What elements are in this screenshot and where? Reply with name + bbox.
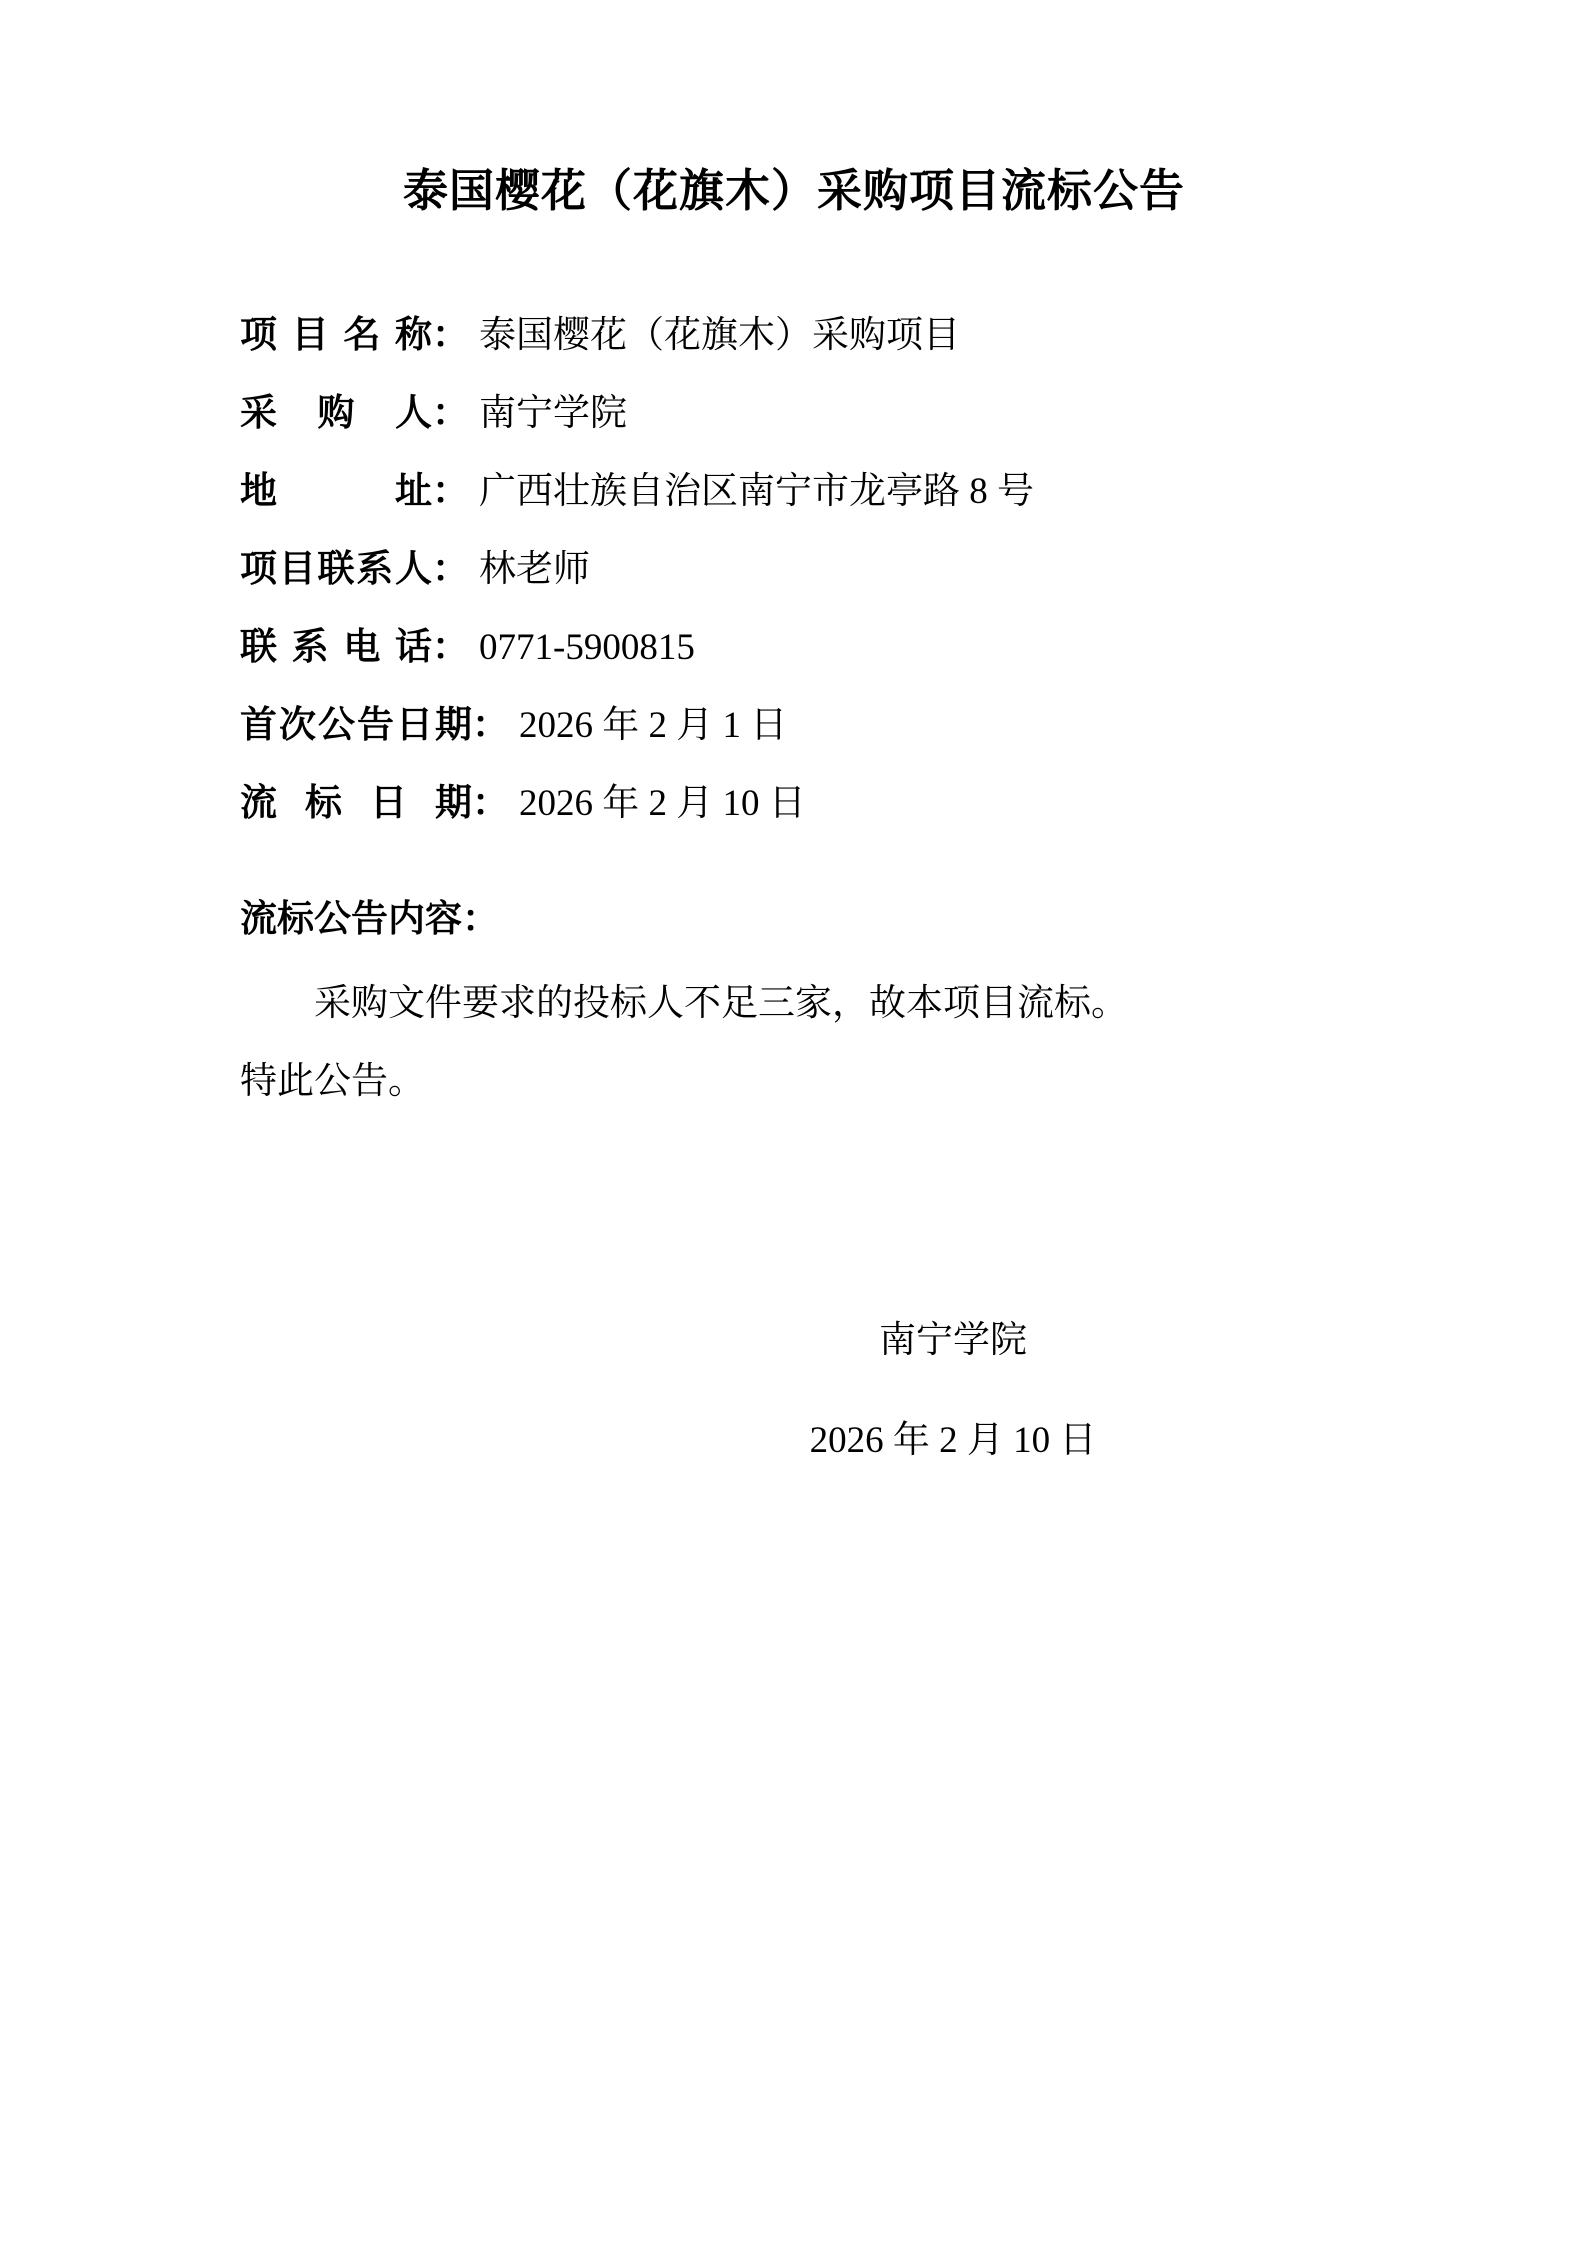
field-label: 项目联系人 bbox=[240, 531, 432, 609]
field-contact-phone: 联系电话：0771-5900815 bbox=[240, 609, 1348, 687]
colon-separator: ： bbox=[472, 705, 509, 746]
field-value: 2026 年 2 月 1 日 bbox=[519, 705, 787, 746]
field-label: 地址 bbox=[240, 453, 432, 531]
field-project-name: 项目名称：泰国樱花（花旗木）采购项目 bbox=[240, 297, 1348, 375]
section-heading-failure-content: 流标公告内容： bbox=[240, 881, 1348, 959]
signature-block: 南宁学院 2026 年 2 月 10 日 bbox=[753, 1302, 1153, 1480]
field-failure-date: 流标日期：2026 年 2 月 10 日 bbox=[240, 765, 1348, 843]
colon-separator: ： bbox=[432, 393, 469, 434]
colon-separator: ： bbox=[432, 471, 469, 512]
colon-separator: ： bbox=[432, 549, 469, 590]
field-label: 首次公告日期 bbox=[240, 687, 472, 765]
failure-reason-paragraph: 采购文件要求的投标人不足三家，故本项目流标。 bbox=[240, 965, 1348, 1043]
signature-date: 2026 年 2 月 10 日 bbox=[753, 1402, 1153, 1480]
field-label: 采购人 bbox=[240, 375, 432, 453]
colon-separator: ： bbox=[432, 627, 469, 668]
field-value: 2026 年 2 月 10 日 bbox=[519, 783, 806, 824]
field-purchaser: 采购人：南宁学院 bbox=[240, 375, 1348, 453]
field-value: 广西壮族自治区南宁市龙亭路 8 号 bbox=[479, 471, 1034, 512]
document-title: 泰国樱花（花旗木）采购项目流标公告 bbox=[240, 156, 1348, 226]
field-first-announcement-date: 首次公告日期：2026 年 2 月 1 日 bbox=[240, 687, 1348, 765]
field-address: 地址：广西壮族自治区南宁市龙亭路 8 号 bbox=[240, 453, 1348, 531]
field-label: 联系电话 bbox=[240, 609, 432, 687]
field-value: 0771-5900815 bbox=[479, 627, 695, 668]
closing-statement: 特此公告。 bbox=[240, 1043, 1348, 1121]
document-page: 泰国樱花（花旗木）采购项目流标公告 项目名称：泰国樱花（花旗木）采购项目 采购人… bbox=[0, 0, 1588, 2244]
colon-separator: ： bbox=[432, 315, 469, 356]
field-value: 泰国樱花（花旗木）采购项目 bbox=[479, 315, 960, 356]
signature-organization: 南宁学院 bbox=[753, 1302, 1153, 1380]
field-list: 项目名称：泰国樱花（花旗木）采购项目 采购人：南宁学院 地址：广西壮族自治区南宁… bbox=[240, 297, 1348, 843]
field-label: 项目名称 bbox=[240, 297, 432, 375]
field-label: 流标日期 bbox=[240, 765, 472, 843]
field-value: 林老师 bbox=[479, 549, 590, 590]
colon-separator: ： bbox=[472, 783, 509, 824]
field-value: 南宁学院 bbox=[479, 393, 627, 434]
field-contact-person: 项目联系人：林老师 bbox=[240, 531, 1348, 609]
